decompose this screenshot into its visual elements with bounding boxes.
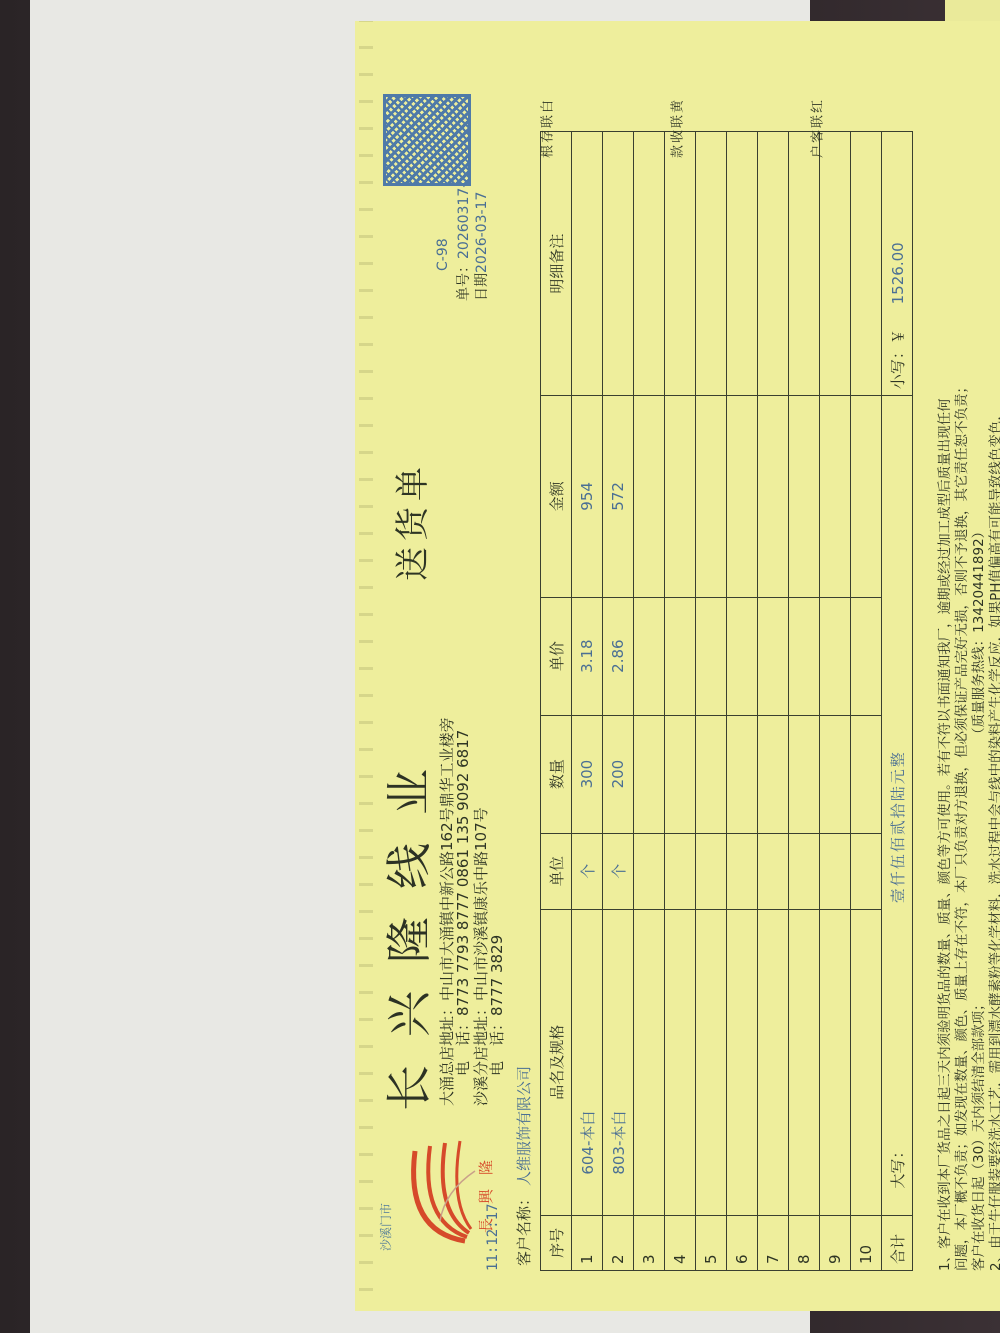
header-amount: 金额 bbox=[541, 396, 572, 597]
header-qty: 数量 bbox=[541, 715, 572, 833]
branch-tag: 沙溪门市 bbox=[377, 1203, 394, 1251]
order-date: 日期2026-03-17 bbox=[471, 192, 491, 301]
table-row: 9 bbox=[820, 132, 851, 1271]
table-row: 10 bbox=[851, 132, 882, 1271]
table-row: 5 bbox=[696, 132, 727, 1271]
table-row: 8 bbox=[789, 132, 820, 1271]
tractor-feed-holes-top bbox=[359, 21, 373, 1311]
total-label: 合计 bbox=[882, 1215, 913, 1270]
items-table: 序号 品名及规格 单位 数量 单价 金额 明细备注 1 604-本白 个 300… bbox=[540, 131, 913, 1271]
table-row: 7 bbox=[758, 132, 789, 1271]
copy-yellow-payment: 黄联收款 bbox=[670, 101, 685, 121]
delivery-note: 沙溪门市 長興隆 11:12:17 长兴隆线业 送货单 大涌总店地址：中山市大涌… bbox=[355, 21, 1000, 1311]
header-name: 品名及规格 bbox=[541, 909, 572, 1215]
table-row: 4 bbox=[665, 132, 696, 1271]
copy-white-stub: 白联存根 bbox=[540, 101, 555, 121]
document-type: 送货单 bbox=[385, 461, 434, 581]
copy-red-customer: 红联客户 bbox=[810, 101, 825, 121]
qr-code-icon bbox=[383, 94, 471, 186]
company-name: 长兴隆线业 bbox=[373, 741, 439, 1111]
header-seq: 序号 bbox=[541, 1215, 572, 1270]
table-row: 3 bbox=[634, 132, 665, 1271]
table-row: 6 bbox=[727, 132, 758, 1271]
daxie-label: 大写： bbox=[882, 909, 913, 1215]
header-price: 单价 bbox=[541, 597, 572, 715]
total-row: 合计 大写： 壹仟伍佰贰拾陆元整 小写：￥ 1526.00 bbox=[882, 132, 913, 1271]
total-in-words: 壹仟伍佰贰拾陆元整 bbox=[882, 396, 913, 910]
branch-phone: 电 话：8777 3829 bbox=[489, 935, 506, 1106]
customer-name: 人维服饰有限公司 bbox=[513, 1066, 534, 1186]
table-row: 2 803-本白 个 200 2.86 572 bbox=[603, 132, 634, 1271]
main-store-phone: 电 话：8773 7793 8777 0861 135 9092 6817 bbox=[455, 730, 472, 1106]
customer-label: 客户名称： bbox=[513, 1191, 534, 1266]
header-unit: 单位 bbox=[541, 833, 572, 909]
form-code: C-98 bbox=[435, 238, 451, 271]
table-header: 序号 品名及规格 单位 数量 单价 金额 明细备注 bbox=[541, 132, 572, 1271]
terms-and-conditions: 1、客户在收到本厂货品之日起三天内须验明货品的数量、质量、颜色等方可使用。若有不… bbox=[937, 131, 1000, 1271]
header-note: 明细备注 bbox=[541, 132, 572, 396]
total-in-figures: 小写：￥ 1526.00 bbox=[882, 132, 913, 396]
table-row: 1 604-本白 个 300 3.18 954 bbox=[572, 132, 603, 1271]
print-time: 11:12:17 bbox=[485, 1204, 501, 1271]
